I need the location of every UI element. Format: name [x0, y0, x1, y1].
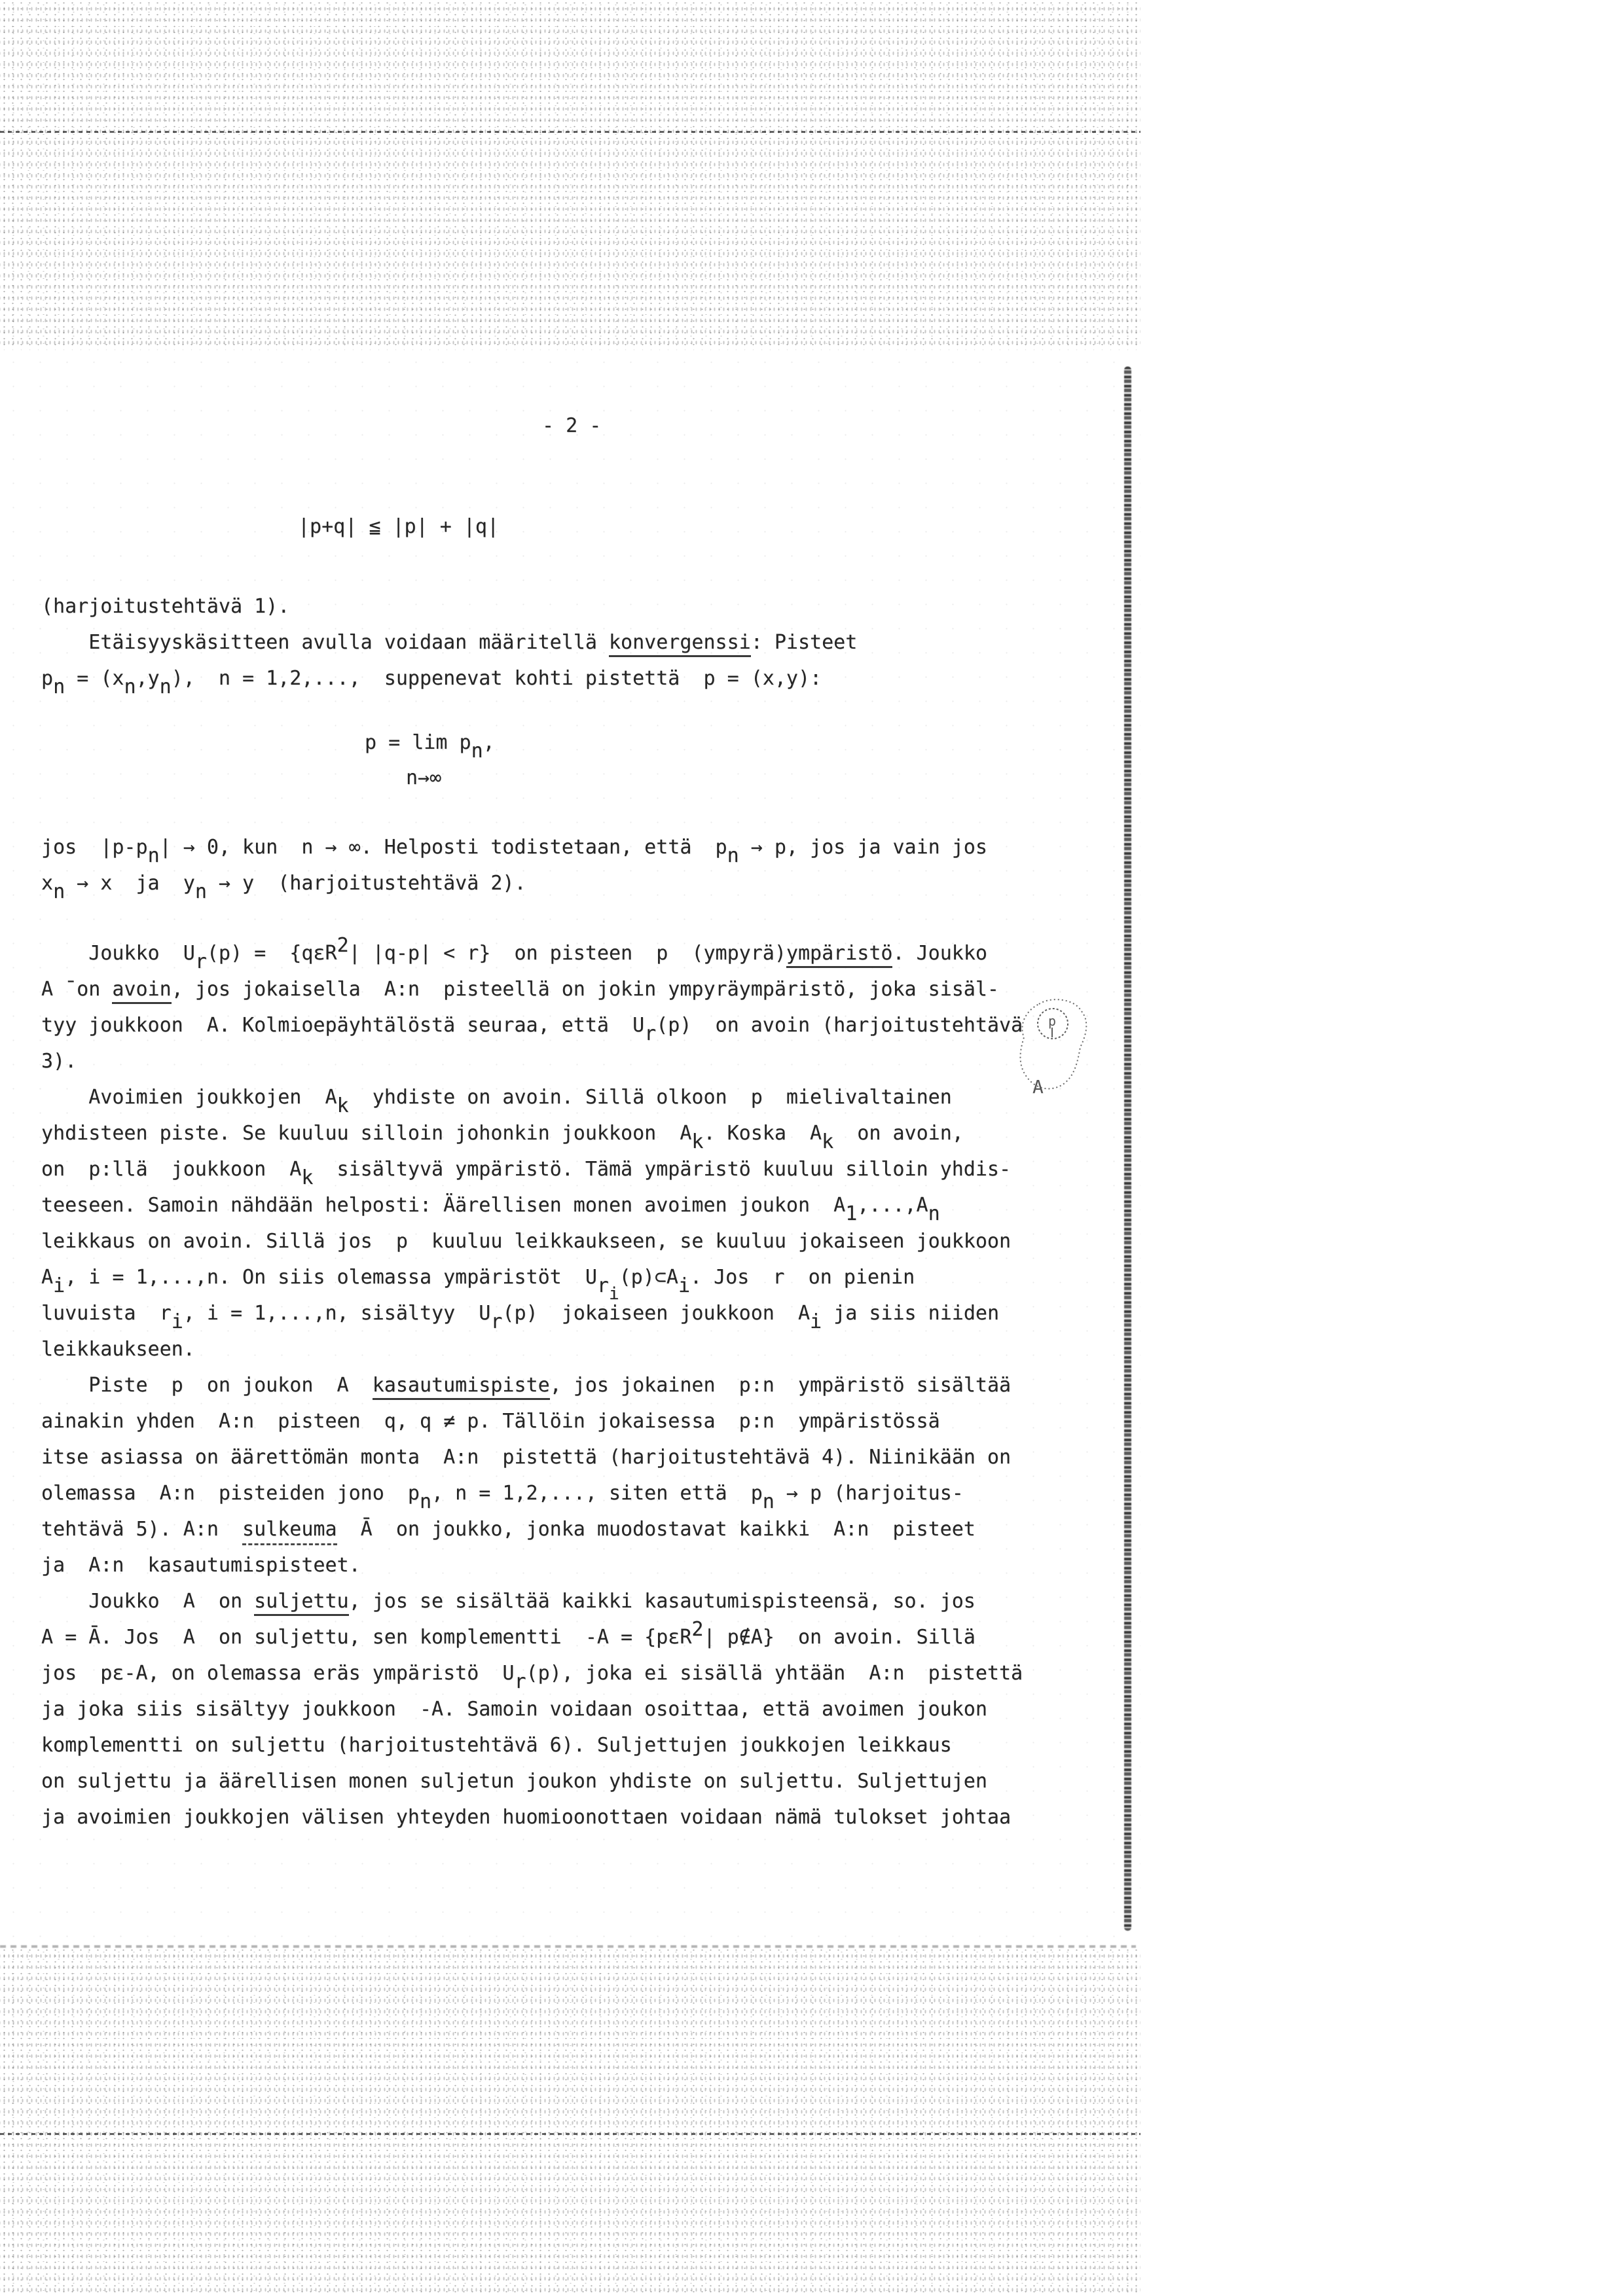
text-run: : Pisteet: [751, 631, 858, 654]
text-run: sisältyvä ympäristö. Tämä ympäristö kuul…: [313, 1158, 1011, 1181]
body-text-line: Piste p on joukon A kasautumispiste, jos…: [41, 1374, 1011, 1397]
body-text-line: 3).: [41, 1050, 77, 1073]
body-text-line: yhdisteen piste. Se kuuluu silloin johon…: [41, 1122, 964, 1145]
text-run: → x ja y: [65, 872, 195, 895]
body-text-line: Etäisyyskäsitteen avulla voidaan määrite…: [41, 632, 857, 654]
text-run: Avoimien joukkojen A: [41, 1086, 337, 1109]
text-run: |p+q|: [298, 515, 369, 538]
text-run: ≦: [369, 515, 380, 538]
underlined-term: avoin: [112, 978, 171, 1004]
superscript: 2: [691, 1619, 703, 1641]
text-run: → p (harjoitus-: [775, 1482, 964, 1505]
subscript: r: [644, 1023, 656, 1045]
subscript: n: [53, 676, 65, 698]
subscript: r: [514, 1671, 526, 1693]
subscript: k: [691, 1131, 703, 1153]
body-text-line: tehtävä 5). A:n sulkeuma Ā on joukko, jo…: [41, 1518, 976, 1541]
text-run: . Joukko: [892, 942, 987, 965]
text-run: (p) jokaiseen joukkoon A: [502, 1302, 810, 1325]
text-run: jos |p-p: [41, 836, 148, 859]
text-run: komplementti on suljettu (harjoitustehtä…: [41, 1734, 952, 1757]
text-run: Piste p on joukon A: [41, 1374, 373, 1397]
body-text-line: olemassa A:n pisteiden jono pn, n = 1,2,…: [41, 1482, 964, 1505]
text-run: ainakin yhden A:n pisteen q, q ≠ p. Täll…: [41, 1410, 940, 1433]
body-text-line: on suljettu ja äärellisen monen suljetun…: [41, 1770, 987, 1793]
superscript: 2: [337, 935, 349, 957]
body-text-line: jos |p-pn| → 0, kun n → ∞. Helposti todi…: [41, 836, 987, 859]
body-text-line: itse asiassa on äärettömän monta A:n pis…: [41, 1446, 1011, 1469]
text-run: . Jos r on pienin: [690, 1266, 915, 1289]
body-text-line: teeseen. Samoin nähdään helposti: Äärell…: [41, 1194, 940, 1217]
subscript: n: [471, 740, 483, 762]
text-run: (p) on avoin (harjoitustehtävä: [656, 1014, 1023, 1037]
text-run: (p), joka ei sisällä yhtään A:n pistettä: [526, 1662, 1023, 1685]
body-text-line: ja A:n kasautumispisteet.: [41, 1554, 361, 1577]
text-run: ja joka siis sisältyy joukkoon -A. Samoi…: [41, 1698, 987, 1721]
body-text-line: leikkaus on avoin. Sillä jos p kuuluu le…: [41, 1230, 1011, 1253]
scan-fold-line-bottom: [0, 2133, 1140, 2135]
text-run: , jos jokaisella A:n pisteellä on jokin …: [172, 978, 999, 1001]
subscript: k: [301, 1167, 313, 1189]
subscript: 1: [845, 1203, 857, 1225]
subscript: n: [763, 1491, 775, 1513]
subscript: n: [160, 676, 172, 698]
text-run: . Koska A: [703, 1122, 822, 1145]
text-run: ja siis niiden: [822, 1302, 999, 1325]
text-run: (p)⊂A: [619, 1266, 678, 1289]
text-run: ,y: [136, 667, 160, 690]
page-number: - 2 -: [542, 415, 601, 437]
underlined-term: konvergenssi: [609, 631, 751, 657]
underlined-term: kasautumispiste: [373, 1374, 550, 1400]
body-text-line: ja joka siis sisältyy joukkoon -A. Samoi…: [41, 1698, 987, 1721]
text-run: yhdiste on avoin. Sillä olkoon p mieliva…: [349, 1086, 952, 1109]
subscript: r: [195, 951, 207, 973]
body-text-line: tyy joukkoon A. Kolmioepäyhtälöstä seura…: [41, 1014, 1023, 1037]
text-run: itse asiassa on äärettömän monta A:n pis…: [41, 1446, 1011, 1469]
text-run: ja avoimien joukkojen välisen yhteyden h…: [41, 1806, 1011, 1829]
text-run: ,: [483, 731, 495, 754]
set-label: A: [1032, 1076, 1044, 1098]
text-run: yhdisteen piste. Se kuuluu silloin johon…: [41, 1122, 691, 1145]
body-text-line: leikkaukseen.: [41, 1338, 195, 1361]
text-run: , n = 1,2,..., siten että p: [431, 1482, 763, 1505]
subscript: n: [420, 1491, 431, 1513]
page-edge-shadow: [1124, 367, 1131, 1931]
formula-triangle: |p+q| ≦ |p| + |q|: [298, 516, 499, 538]
text-run: A = Ā. Jos A on suljettu, sen komplement…: [41, 1626, 691, 1649]
text-run: tehtävä 5). A:n: [41, 1518, 242, 1541]
text-run: | |q-p| < r} on pisteen p (ympyrä): [349, 942, 786, 965]
text-run: , i = 1,...,n. On siis olemassa ympärist…: [65, 1266, 597, 1289]
body-text-line: luvuista ri, i = 1,...,n, sisältyy Ur(p)…: [41, 1302, 999, 1325]
text-run: → y (harjoitustehtävä 2).: [207, 872, 526, 895]
subscript: n: [124, 676, 136, 698]
text-run: tyy joukkoon A. Kolmioepäyhtälöstä seura…: [41, 1014, 644, 1037]
text-run: Etäisyyskäsitteen avulla voidaan määrite…: [41, 631, 609, 654]
text-run: , i = 1,...,n, sisältyy U: [183, 1302, 491, 1325]
text-run: (p) = {qεR: [207, 942, 337, 965]
text-run: | → 0, kun n → ∞. Helposti todistetaan, …: [160, 836, 727, 859]
pencil-annotation-sketch: p A: [1012, 995, 1103, 1126]
point-label: p: [1048, 1013, 1056, 1029]
text-run: p: [41, 667, 53, 690]
text-run: , jos se sisältää kaikki kasautumispiste…: [349, 1590, 976, 1613]
scan-fold-line-top: [0, 131, 1140, 133]
subscript: i: [53, 1275, 65, 1297]
formula-limit_sub: n→∞: [406, 767, 441, 789]
text-run: → p, jos ja vain jos: [739, 836, 987, 859]
text-run: A: [41, 1266, 53, 1289]
text-run: on avoin,: [833, 1122, 964, 1145]
subscript: k: [337, 1095, 349, 1117]
text-run: Joukko A on: [41, 1590, 254, 1613]
text-run: olemassa A:n pisteiden jono p: [41, 1482, 420, 1505]
text-run: , jos jokainen p:n ympäristö sisältää: [550, 1374, 1011, 1397]
subscript: i: [810, 1311, 822, 1333]
text-run: | p∉A} on avoin. Sillä: [703, 1626, 975, 1649]
text-run: ja A:n kasautumispisteet.: [41, 1554, 361, 1577]
subscript: n: [727, 845, 739, 867]
subscript: n: [148, 845, 160, 867]
subscript: n: [53, 881, 65, 903]
text-run: luvuista r: [41, 1302, 172, 1325]
body-text-line: Ai, i = 1,...,n. On siis olemassa ympäri…: [41, 1266, 915, 1289]
text-run: Joukko U: [41, 942, 195, 965]
body-text-line: pn = (xn,yn), n = 1,2,..., suppenevat ko…: [41, 668, 822, 690]
subscript: i: [678, 1275, 690, 1297]
text-run: on p:llä joukkoon A: [41, 1158, 301, 1181]
scan-texture-bottom: [0, 1947, 1140, 2296]
body-text-line: ainakin yhden A:n pisteen q, q ≠ p. Täll…: [41, 1410, 940, 1433]
text-run: |p| + |q|: [380, 515, 499, 538]
text-run: (harjoitustehtävä 1).: [41, 595, 289, 618]
underlined-term: suljettu: [254, 1590, 349, 1616]
body-text-line: A ¯on avoin, jos jokaisella A:n pisteell…: [41, 978, 999, 1001]
subscript: n: [928, 1203, 940, 1225]
text-run: = (x: [65, 667, 124, 690]
subscript: k: [822, 1131, 833, 1153]
text-run: ), n = 1,2,..., suppenevat kohti pistett…: [172, 667, 822, 690]
body-text-line: on p:llä joukkoon Ak sisältyvä ympäristö…: [41, 1158, 1011, 1181]
text-run: n→∞: [406, 766, 441, 789]
subscript: i: [172, 1311, 183, 1333]
text-run: x: [41, 872, 53, 895]
body-text-line: komplementti on suljettu (harjoitustehtä…: [41, 1734, 952, 1757]
body-text-line: Joukko A on suljettu, jos se sisältää ka…: [41, 1590, 976, 1613]
dashed-underlined-term: sulkeuma: [242, 1518, 337, 1545]
subscript: r: [597, 1275, 609, 1297]
text-run: ,...,A: [857, 1194, 928, 1217]
body-text-line: ja avoimien joukkojen välisen yhteyden h…: [41, 1806, 1011, 1829]
underlined-term: ympäristö: [786, 942, 893, 968]
scanned-document-page: - 2 - (harjoitustehtävä 1). Etäisyyskäsi…: [0, 0, 1623, 2296]
text-run: leikkaus on avoin. Sillä jos p kuuluu le…: [41, 1230, 1011, 1253]
text-run: leikkaukseen.: [41, 1338, 195, 1361]
body-text-line: Joukko Ur(p) = {qεR2| |q-p| < r} on pist…: [41, 942, 987, 965]
body-text-line: xn → x ja yn → y (harjoitustehtävä 2).: [41, 872, 526, 895]
subscript: r: [490, 1311, 502, 1333]
body-text-line: jos pε-A, on olemassa eräs ympäristö Ur(…: [41, 1662, 1023, 1685]
body-text-line: A = Ā. Jos A on suljettu, sen komplement…: [41, 1626, 976, 1649]
body-text-line: Avoimien joukkojen Ak yhdiste on avoin. …: [41, 1086, 952, 1109]
scan-texture-top: [0, 0, 1140, 350]
text-run: Ā on joukko, jonka muodostavat kaikki A:…: [337, 1518, 976, 1541]
subscript: n: [195, 881, 207, 903]
formula-limit: p = lim pn,: [365, 732, 495, 754]
text-run: A ¯on: [41, 978, 112, 1001]
text-run: p = lim p: [365, 731, 471, 754]
text-run: jos pε-A, on olemassa eräs ympäristö U: [41, 1662, 514, 1685]
text-run: 3).: [41, 1050, 77, 1073]
body-text-line: (harjoitustehtävä 1).: [41, 596, 289, 618]
text-run: on suljettu ja äärellisen monen suljetun…: [41, 1770, 987, 1793]
text-run: teeseen. Samoin nähdään helposti: Äärell…: [41, 1194, 845, 1217]
